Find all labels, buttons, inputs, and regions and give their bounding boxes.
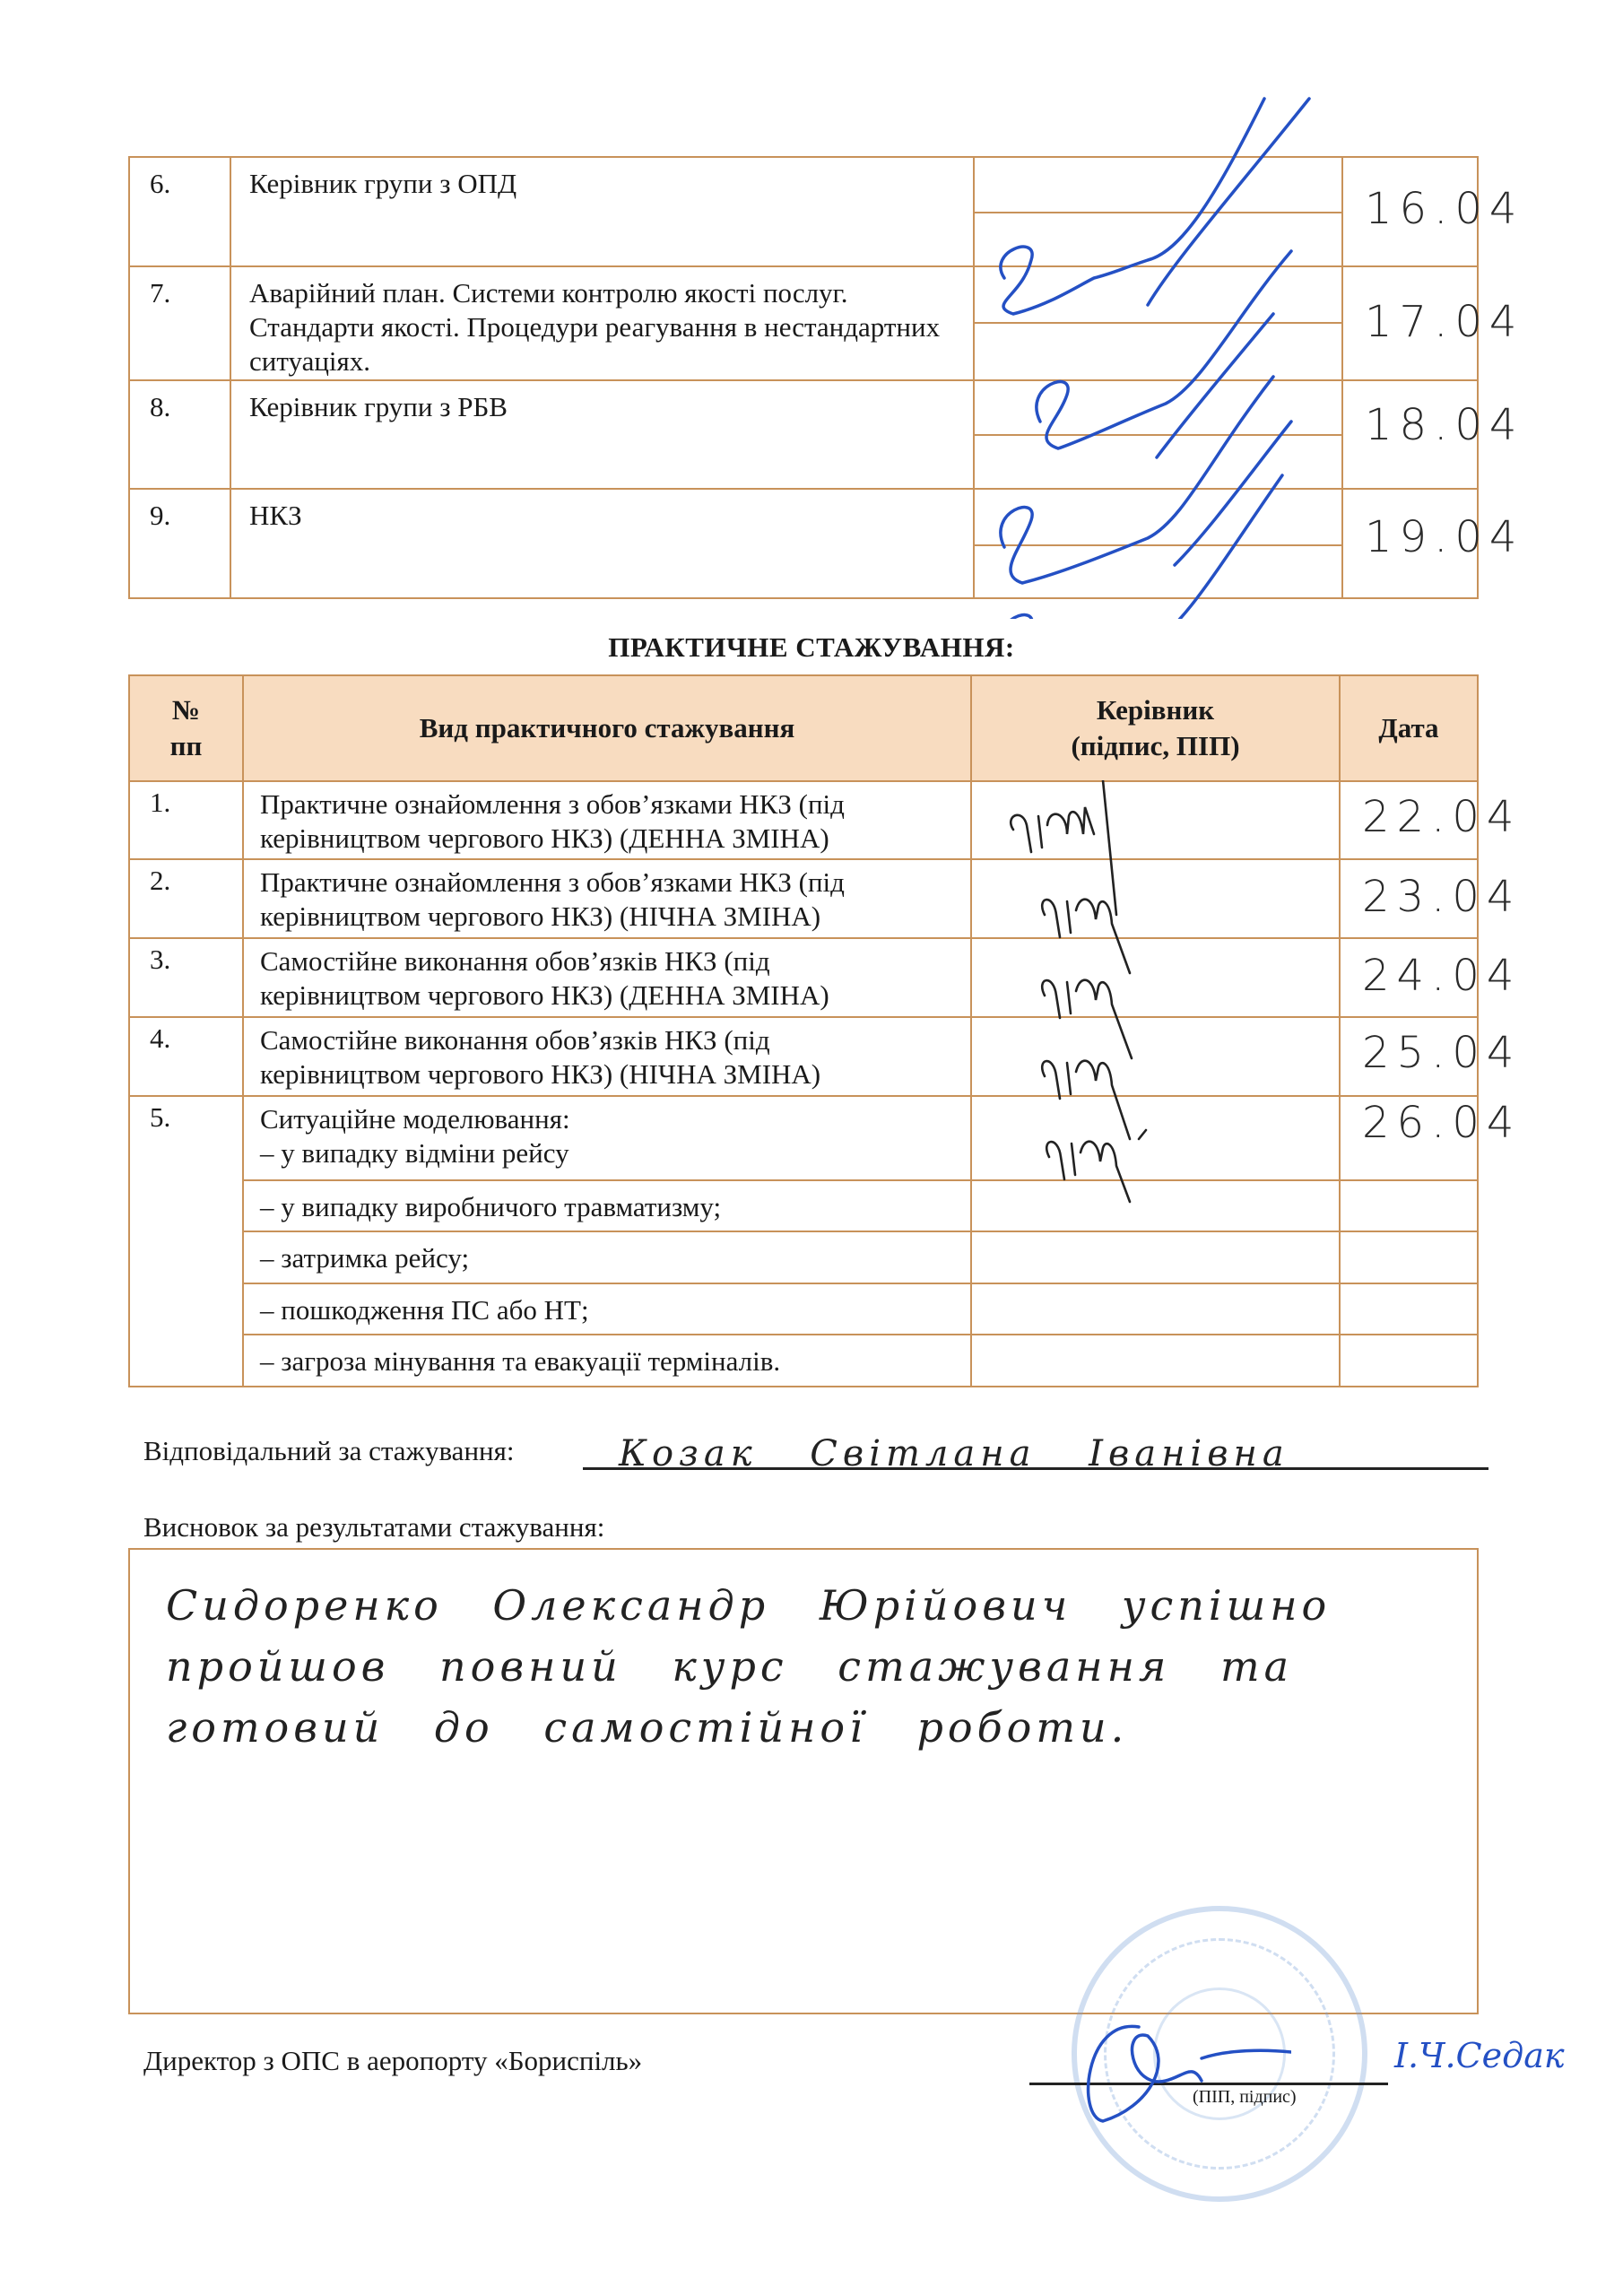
row-number: 1. bbox=[129, 781, 243, 859]
header-date: Дата bbox=[1340, 675, 1478, 781]
responsible-name: Козак Світлана Іванівна bbox=[619, 1433, 1289, 1474]
signature-cell bbox=[971, 1335, 1340, 1387]
table-row: 2. Практичне ознайомлення з обов’язками … bbox=[129, 859, 1478, 938]
practical-table: №пп Вид практичного стажування Керівник(… bbox=[128, 674, 1479, 1387]
supervisor-signatures-blue bbox=[968, 81, 1471, 619]
date-cell bbox=[1340, 1231, 1478, 1283]
signature-cell bbox=[971, 1231, 1340, 1283]
row-number: 2. bbox=[129, 859, 243, 938]
date-cell bbox=[1340, 1283, 1478, 1335]
row-number: 3. bbox=[129, 938, 243, 1017]
date-cell: 24.04 bbox=[1340, 938, 1478, 1017]
row-number: 9. bbox=[129, 489, 230, 598]
director-signature bbox=[1067, 2009, 1291, 2135]
subrow-text: – пошкодження ПС або НТ; bbox=[243, 1283, 971, 1335]
date-cell bbox=[1340, 1335, 1478, 1387]
row-number: 6. bbox=[129, 157, 230, 266]
date-value: 26.04 bbox=[1341, 1097, 1477, 1140]
table-row: 4. Самостійне виконання обов’язків НКЗ (… bbox=[129, 1017, 1478, 1096]
date-cell bbox=[1340, 1180, 1478, 1231]
row-text: Ситуаційне моделювання:– у випадку відмі… bbox=[243, 1096, 971, 1180]
row-text: Практичне ознайомлення з обов’язками НКЗ… bbox=[243, 859, 971, 938]
row-text: Самостійне виконання обов’язків НКЗ (під… bbox=[243, 1017, 971, 1096]
director-label: Директор з ОПС в аеропорту «Бориспіль» bbox=[143, 2045, 642, 2077]
row-text: Керівник групи з РБВ bbox=[230, 380, 974, 489]
row-number: 5. bbox=[129, 1096, 243, 1387]
table-subrow: – загроза мінування та евакуації терміна… bbox=[129, 1335, 1478, 1387]
date-cell: 23.04 bbox=[1340, 859, 1478, 938]
row-text: Аварійний план. Системи контролю якості … bbox=[230, 266, 974, 380]
date-cell: 22.04 bbox=[1340, 781, 1478, 859]
table-subrow: – затримка рейсу; bbox=[129, 1231, 1478, 1283]
date-cell: 25.04 bbox=[1340, 1017, 1478, 1096]
subrow-text: – затримка рейсу; bbox=[243, 1231, 971, 1283]
practical-section-title: ПРАКТИЧНЕ СТАЖУВАННЯ: bbox=[0, 631, 1623, 664]
row-number: 4. bbox=[129, 1017, 243, 1096]
date-value: 24.04 bbox=[1341, 939, 1477, 993]
table-row: 5. Ситуаційне моделювання:– у випадку ві… bbox=[129, 1096, 1478, 1180]
conclusion-label: Висновок за результатами стажування: bbox=[143, 1511, 604, 1544]
header-number: №пп bbox=[129, 675, 243, 781]
conclusion-text: Сидоренко Олександр Юрійович успішно про… bbox=[166, 1575, 1331, 1758]
table-header-row: №пп Вид практичного стажування Керівник(… bbox=[129, 675, 1478, 781]
supervisor-signatures-black bbox=[995, 780, 1264, 1211]
director-name-handwritten: І.Ч.Седак bbox=[1394, 2036, 1565, 2075]
row-text: Керівник групи з ОПД bbox=[230, 157, 974, 266]
row-text: Самостійне виконання обов’язків НКЗ (під… bbox=[243, 938, 971, 1017]
row-text: Практичне ознайомлення з обов’язками НКЗ… bbox=[243, 781, 971, 859]
subrow-text: – у випадку виробничого травматизму; bbox=[243, 1180, 971, 1231]
signature-cell bbox=[971, 1283, 1340, 1335]
table-subrow: – у випадку виробничого травматизму; bbox=[129, 1180, 1478, 1231]
row-number: 8. bbox=[129, 380, 230, 489]
responsible-label: Відповідальний за стажування: bbox=[143, 1435, 515, 1467]
table-row: 3. Самостійне виконання обов’язків НКЗ (… bbox=[129, 938, 1478, 1017]
table-subrow: – пошкодження ПС або НТ; bbox=[129, 1283, 1478, 1335]
table-row: 1. Практичне ознайомлення з обов’язками … bbox=[129, 781, 1478, 859]
date-value: 25.04 bbox=[1341, 1018, 1477, 1070]
date-value: 22.04 bbox=[1341, 782, 1477, 834]
row-number: 7. bbox=[129, 266, 230, 380]
header-type: Вид практичного стажування bbox=[243, 675, 971, 781]
header-supervisor: Керівник(підпис, ПІП) bbox=[971, 675, 1340, 781]
subrow-text: – загроза мінування та евакуації терміна… bbox=[243, 1335, 971, 1387]
date-value: 23.04 bbox=[1341, 860, 1477, 914]
responsible-field: Козак Світлана Іванівна bbox=[583, 1433, 1488, 1470]
row-text: НКЗ bbox=[230, 489, 974, 598]
date-cell: 26.04 bbox=[1340, 1096, 1478, 1180]
